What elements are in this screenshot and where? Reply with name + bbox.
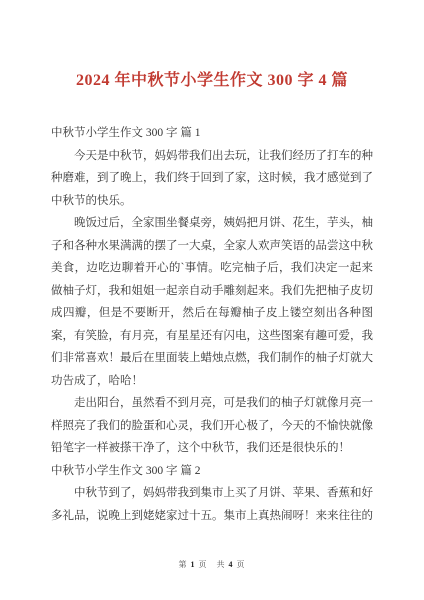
paragraph-3: 走出阳台，虽然看不到月亮，可是我们的柚子灯就像月亮一样照亮了我们的脸蛋和心灵，我…	[51, 392, 373, 460]
document-title: 2024 年中秋节小学生作文 300 字 4 篇	[30, 70, 394, 92]
page-number: 1	[191, 560, 196, 569]
total-prefix-label: 共	[217, 560, 226, 569]
page-footer: 第 1 页共 4 页	[0, 559, 424, 570]
section-heading-1: 中秋节小学生作文 300 字 篇 1	[51, 122, 373, 145]
page-prefix-label: 第	[179, 560, 188, 569]
paragraph-1: 今天是中秋节，妈妈带我们出去玩，让我们经历了打车的种种磨难，到了晚上，我们终于回…	[51, 145, 373, 213]
page-unit-label: 页	[199, 560, 208, 569]
document-body: 中秋节小学生作文 300 字 篇 1 今天是中秋节，妈妈带我们出去玩，让我们经历…	[51, 122, 373, 527]
section-heading-2: 中秋节小学生作文 300 字 篇 2	[51, 460, 373, 483]
total-unit-label: 页	[237, 560, 246, 569]
paragraph-4: 中秋节到了，妈妈带我到集市上买了月饼、苹果、香蕉和好多礼品，说晚上到姥姥家过十五…	[51, 482, 373, 527]
page-indicator: 第 1 页	[179, 560, 208, 569]
paragraph-2: 晚饭过后，全家围坐餐桌旁，姨妈把月饼、花生，芋头，柚子和各种水果满满的摆了一大桌…	[51, 212, 373, 392]
document-page: 2024 年中秋节小学生作文 300 字 4 篇 中秋节小学生作文 300 字 …	[0, 0, 424, 600]
total-pages-indicator: 共 4 页	[217, 560, 246, 569]
total-pages-number: 4	[229, 560, 234, 569]
